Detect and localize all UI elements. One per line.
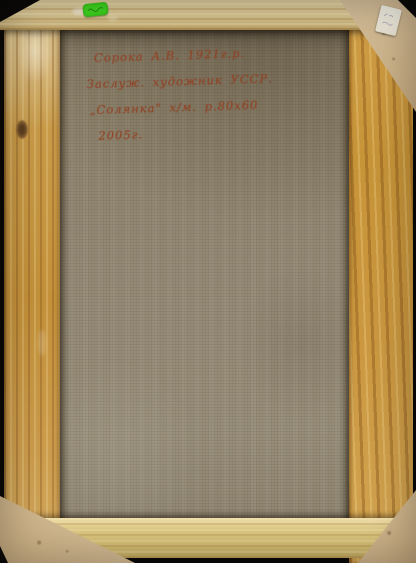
painting-back-photo: Сорока А.В. 1921г.р. Заслуж. художник УС… [0,0,416,563]
green-label-sticker [82,2,108,18]
paint-smudge [108,16,118,21]
green-sticker-scribble [82,2,108,18]
paint-smudge [38,330,46,356]
wood-knot [16,120,28,139]
inscription: Сорока А.В. 1921г.р. Заслуж. художник УС… [58,38,306,150]
